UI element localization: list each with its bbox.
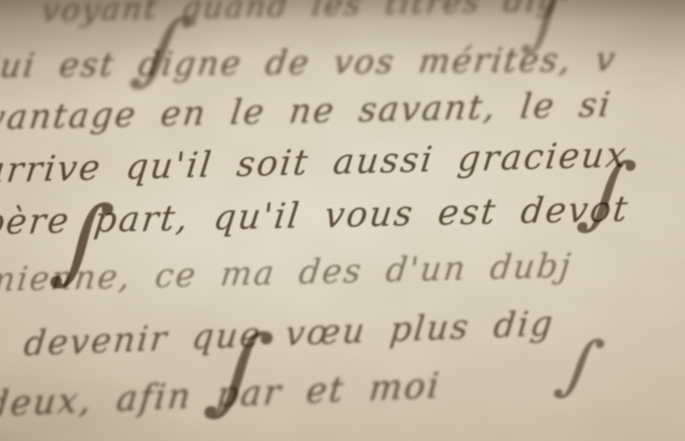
- manuscript-photo: voyant quand les titres diglui est digne…: [0, 0, 685, 441]
- manuscript-line: voyant quand les titres dig: [40, 0, 562, 28]
- manuscript-line: arrive qu'il soit aussi gracieux: [0, 136, 630, 190]
- text-layer: voyant quand les titres diglui est digne…: [0, 0, 685, 441]
- manuscript-line: devenir que vœu plus dig: [22, 306, 556, 364]
- manuscript-line: vantage en le ne savant, le si: [0, 87, 614, 138]
- ink-flourish: ∫: [551, 328, 609, 402]
